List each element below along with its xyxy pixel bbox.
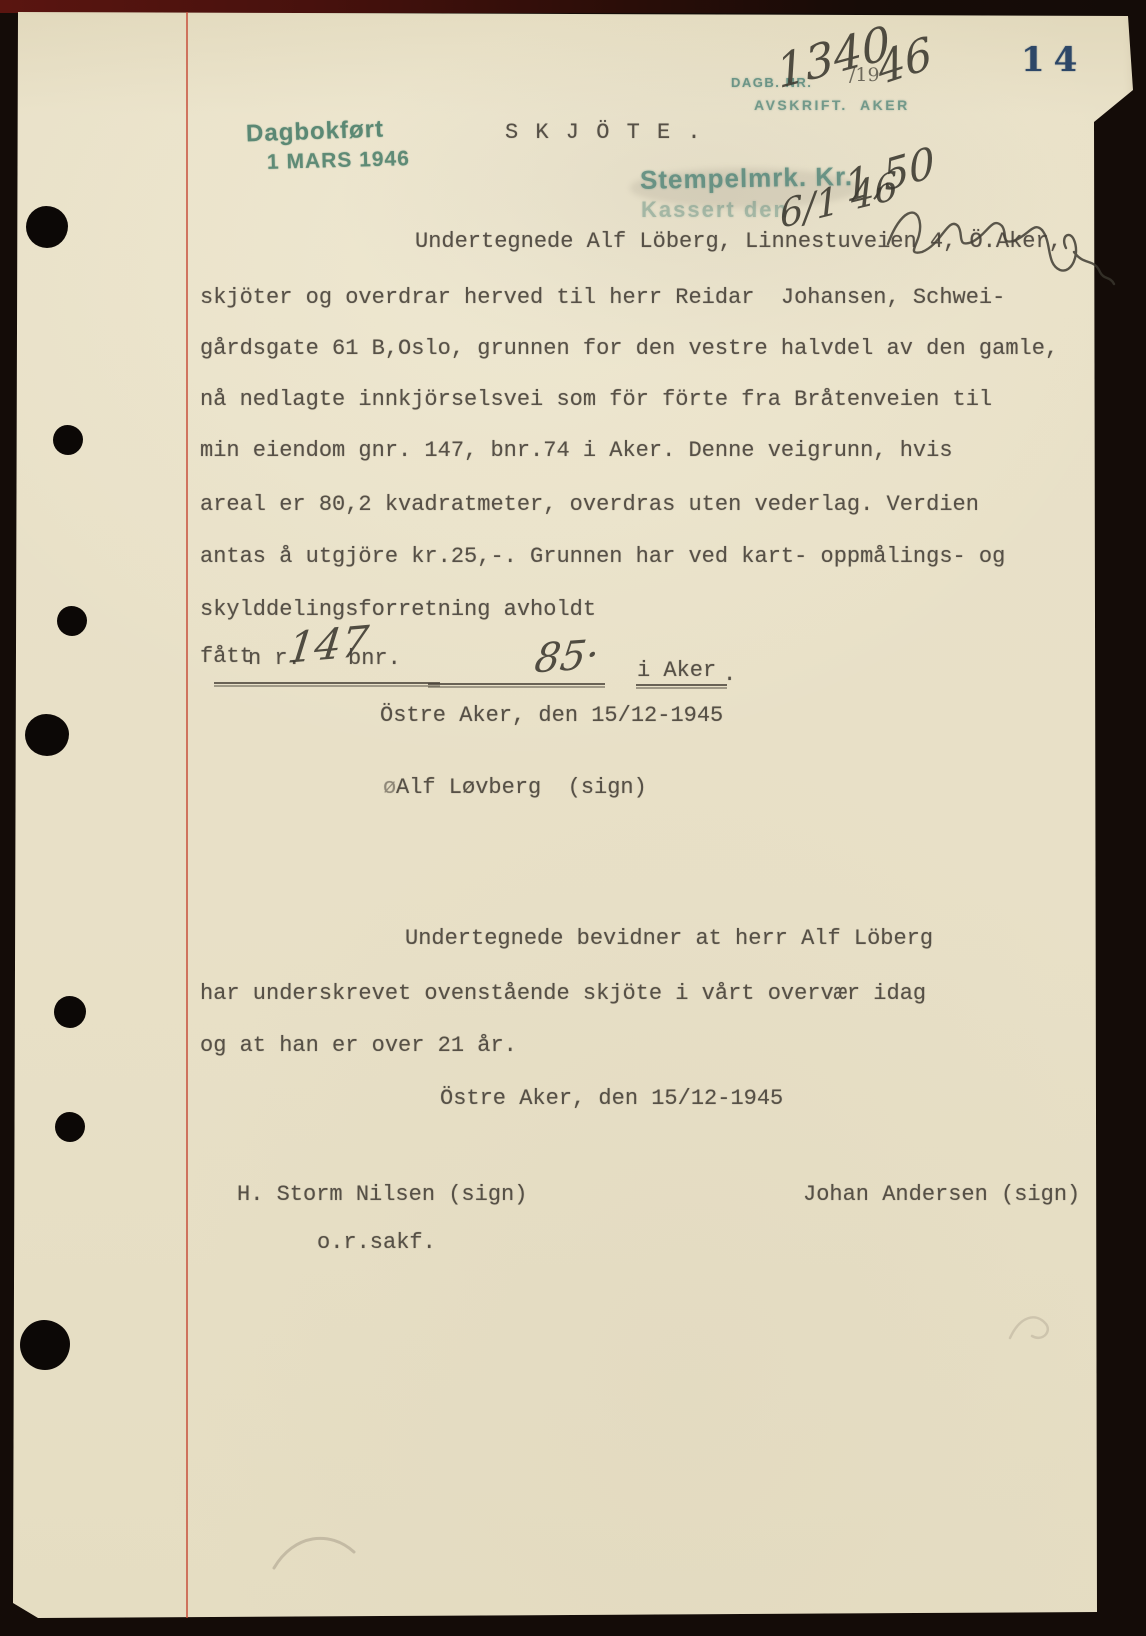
punch-hole bbox=[57, 606, 87, 636]
fatt-label: fått bbox=[200, 644, 253, 669]
dagbokfort-date-stamp: 1 MARS 1946 bbox=[267, 147, 410, 175]
body-line: Undertegnede Alf Löberg, Linnestuveien 4… bbox=[415, 229, 1062, 254]
body-line: antas å utgjöre kr.25,-. Grunnen har ved… bbox=[200, 544, 1005, 569]
body-line: areal er 80,2 kvadratmeter, overdras ute… bbox=[200, 492, 979, 517]
body-line: har underskrevet ovenstående skjöte i vå… bbox=[200, 981, 926, 1006]
body-line: skjöter og overdrar herved til herr Reid… bbox=[200, 285, 1005, 310]
witness-signature-left: H. Storm Nilsen (sign) bbox=[237, 1182, 527, 1207]
blank-underline bbox=[636, 684, 727, 686]
bnr-value-handwritten: 85· bbox=[532, 631, 602, 682]
body-line: nå nedlagte innkjörselsvei som för förte… bbox=[200, 387, 992, 412]
book-spine-shadow bbox=[0, 0, 1146, 13]
page-number: 14 bbox=[1021, 40, 1086, 80]
avskrift-stamp: AVSKRIFT. AKER bbox=[754, 97, 910, 113]
scanned-deed-page: DAGB. NR. 1340 /19 46 14 AVSKRIFT. AKER … bbox=[0, 0, 1146, 1636]
pencil-smudge bbox=[268, 1522, 368, 1582]
date-line: Östre Aker, den 15/12-1945 bbox=[440, 1086, 783, 1111]
margin-rule bbox=[186, 12, 188, 1618]
sted-label: i Aker bbox=[637, 658, 716, 683]
punch-hole bbox=[25, 714, 69, 756]
witness-signature-right: Johan Andersen (sign) bbox=[803, 1182, 1080, 1207]
signature-stray-mark: ø bbox=[383, 775, 396, 800]
bnr-label: bnr. bbox=[348, 646, 401, 671]
journal-year-separator: /19 bbox=[849, 64, 880, 86]
witness-title: o.r.sakf. bbox=[317, 1230, 436, 1255]
signature-line: Alf Løvberg (sign) bbox=[396, 775, 647, 800]
body-line: skylddelingsforretning avholdt bbox=[200, 597, 596, 622]
punch-hole bbox=[26, 206, 68, 248]
punch-hole bbox=[55, 1112, 85, 1142]
pencil-smudge bbox=[1002, 1298, 1062, 1348]
body-line: og at han er over 21 år. bbox=[200, 1033, 517, 1058]
body-line: gårdsgate 61 B,Oslo, grunnen for den ves… bbox=[200, 336, 1058, 361]
punch-hole bbox=[20, 1320, 70, 1370]
dagbokfort-stamp: Dagbokført bbox=[246, 116, 385, 149]
punch-hole bbox=[54, 996, 86, 1028]
punch-hole bbox=[53, 425, 83, 455]
date-line: Östre Aker, den 15/12-1945 bbox=[380, 703, 723, 728]
blank-underline bbox=[214, 682, 440, 684]
document-title: S K J Ö T E . bbox=[505, 120, 703, 145]
body-line: min eiendom gnr. 147, bnr.74 i Aker. Den… bbox=[200, 438, 953, 463]
blank-underline bbox=[428, 683, 605, 685]
body-line: Undertegnede bevidner at herr Alf Löberg bbox=[405, 926, 933, 951]
kassert-stamp: Kassert den bbox=[641, 197, 789, 223]
